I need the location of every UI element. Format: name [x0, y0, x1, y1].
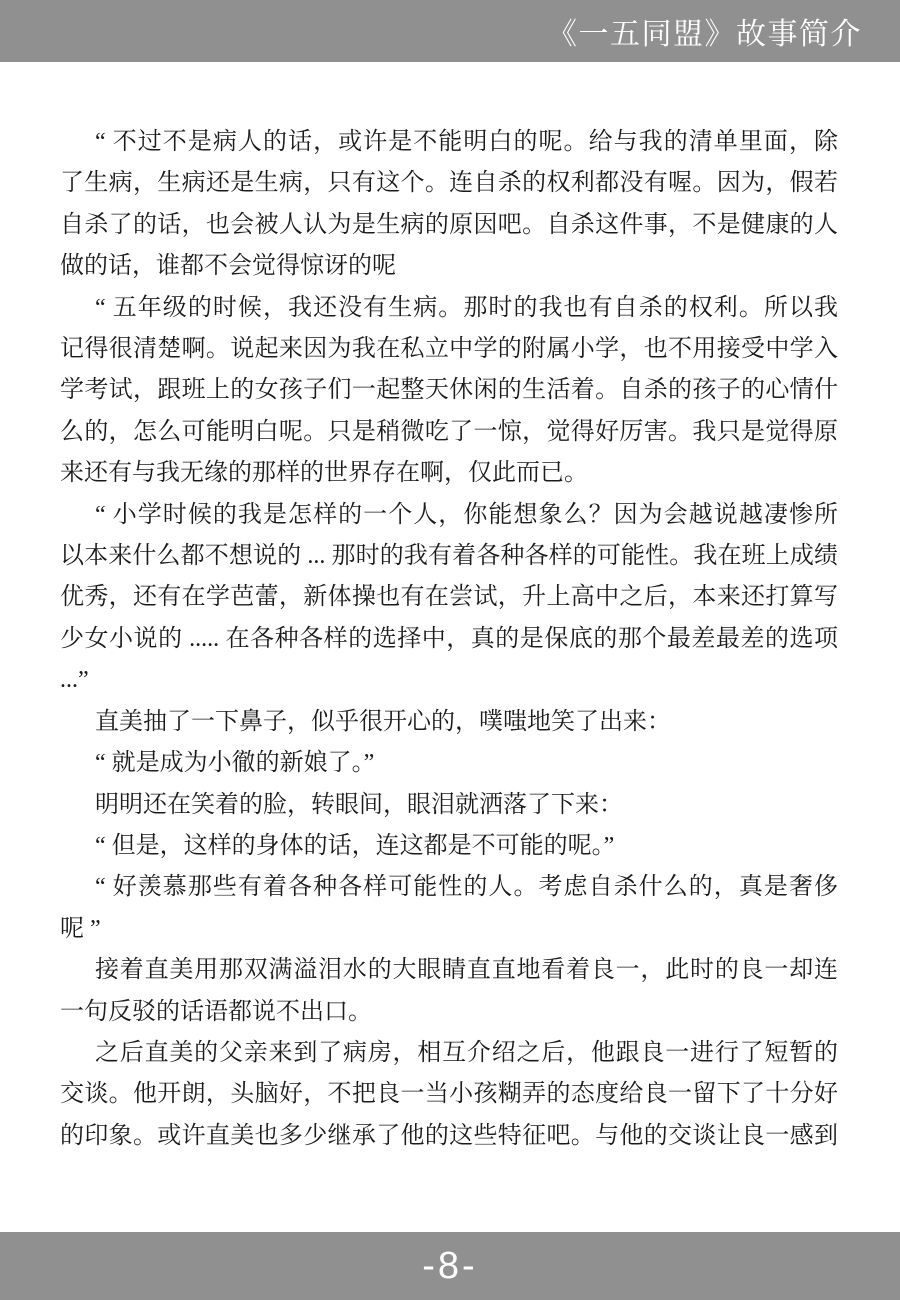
- text-line: 接着直美用那双满溢泪水的大眼睛直直地看着良一，此时的良一却连: [60, 950, 838, 991]
- page-footer: -8-: [0, 1232, 900, 1300]
- text-line: “ 五年级的时候，我还没有生病。那时的我也有自杀的权利。所以我: [60, 288, 838, 329]
- text-line: “ 但是，这样的身体的话，连这都是不可能的呢。”: [60, 826, 838, 867]
- page-number: -8-: [422, 1245, 477, 1288]
- text-line: 交谈。他开朗，头脑好，不把良一当小孩糊弄的态度给良一留下了十分好: [60, 1074, 838, 1115]
- text-line: “ 不过不是病人的话，或许是不能明白的呢。给与我的清单里面，除: [60, 122, 838, 163]
- story-text: “ 不过不是病人的话，或许是不能明白的呢。给与我的清单里面，除了生病，生病还是生…: [0, 62, 900, 1232]
- text-line: 的印象。或许直美也多少继承了他的这些特征吧。与他的交谈让良一感到: [60, 1116, 838, 1157]
- text-line: “ 好羡慕那些有着各种各样可能性的人。考虑自杀什么的，真是奢侈: [60, 867, 838, 908]
- text-line: 少女小说的 ..... 在各种各样的选择中，真的是保底的那个最差最差的选项: [60, 619, 838, 660]
- text-line: 优秀，还有在学芭蕾，新体操也有在尝试，升上高中之后，本来还打算写: [60, 577, 838, 618]
- text-line: 直美抽了一下鼻子，似乎很开心的，噗嗤地笑了出来：: [60, 702, 838, 743]
- text-line: “ 就是成为小徹的新娘了。”: [60, 743, 838, 784]
- text-line: 么的，怎么可能明白呢。只是稍微吃了一惊，觉得好厉害。我只是觉得原: [60, 412, 838, 453]
- text-line: 学考试，跟班上的女孩子们一起整天休闲的生活着。自杀的孩子的心情什: [60, 370, 838, 411]
- text-line: 以本来什么都不想说的 ... 那时的我有着各种各样的可能性。我在班上成绩: [60, 536, 838, 577]
- text-line: 记得很清楚啊。说起来因为我在私立中学的附属小学，也不用接受中学入: [60, 329, 838, 370]
- page-header: 《一五同盟》故事简介: [0, 0, 900, 62]
- text-line: “ 小学时候的我是怎样的一个人，你能想象么？因为会越说越凄惨所: [60, 495, 838, 536]
- text-line: ...”: [60, 660, 838, 701]
- text-line: 了生病，生病还是生病，只有这个。连自杀的权利都没有喔。因为，假若: [60, 163, 838, 204]
- page-title: 《一五同盟》故事简介: [547, 9, 862, 53]
- text-line: 明明还在笑着的脸，转眼间，眼泪就洒落了下来：: [60, 785, 838, 826]
- book-page: 《一五同盟》故事简介 “ 不过不是病人的话，或许是不能明白的呢。给与我的清单里面…: [0, 0, 900, 1300]
- text-line: 自杀了的话，也会被人认为是生病的原因吧。自杀这件事，不是健康的人: [60, 205, 838, 246]
- text-line: 之后直美的父亲来到了病房，相互介绍之后，他跟良一进行了短暂的: [60, 1033, 838, 1074]
- text-line: 来还有与我无缘的那样的世界存在啊，仅此而已。: [60, 453, 838, 494]
- text-line: 呢 ”: [60, 909, 838, 950]
- text-line: 一句反驳的话语都说不出口。: [60, 992, 838, 1033]
- text-line: 做的话，谁都不会觉得惊讶的呢: [60, 246, 838, 287]
